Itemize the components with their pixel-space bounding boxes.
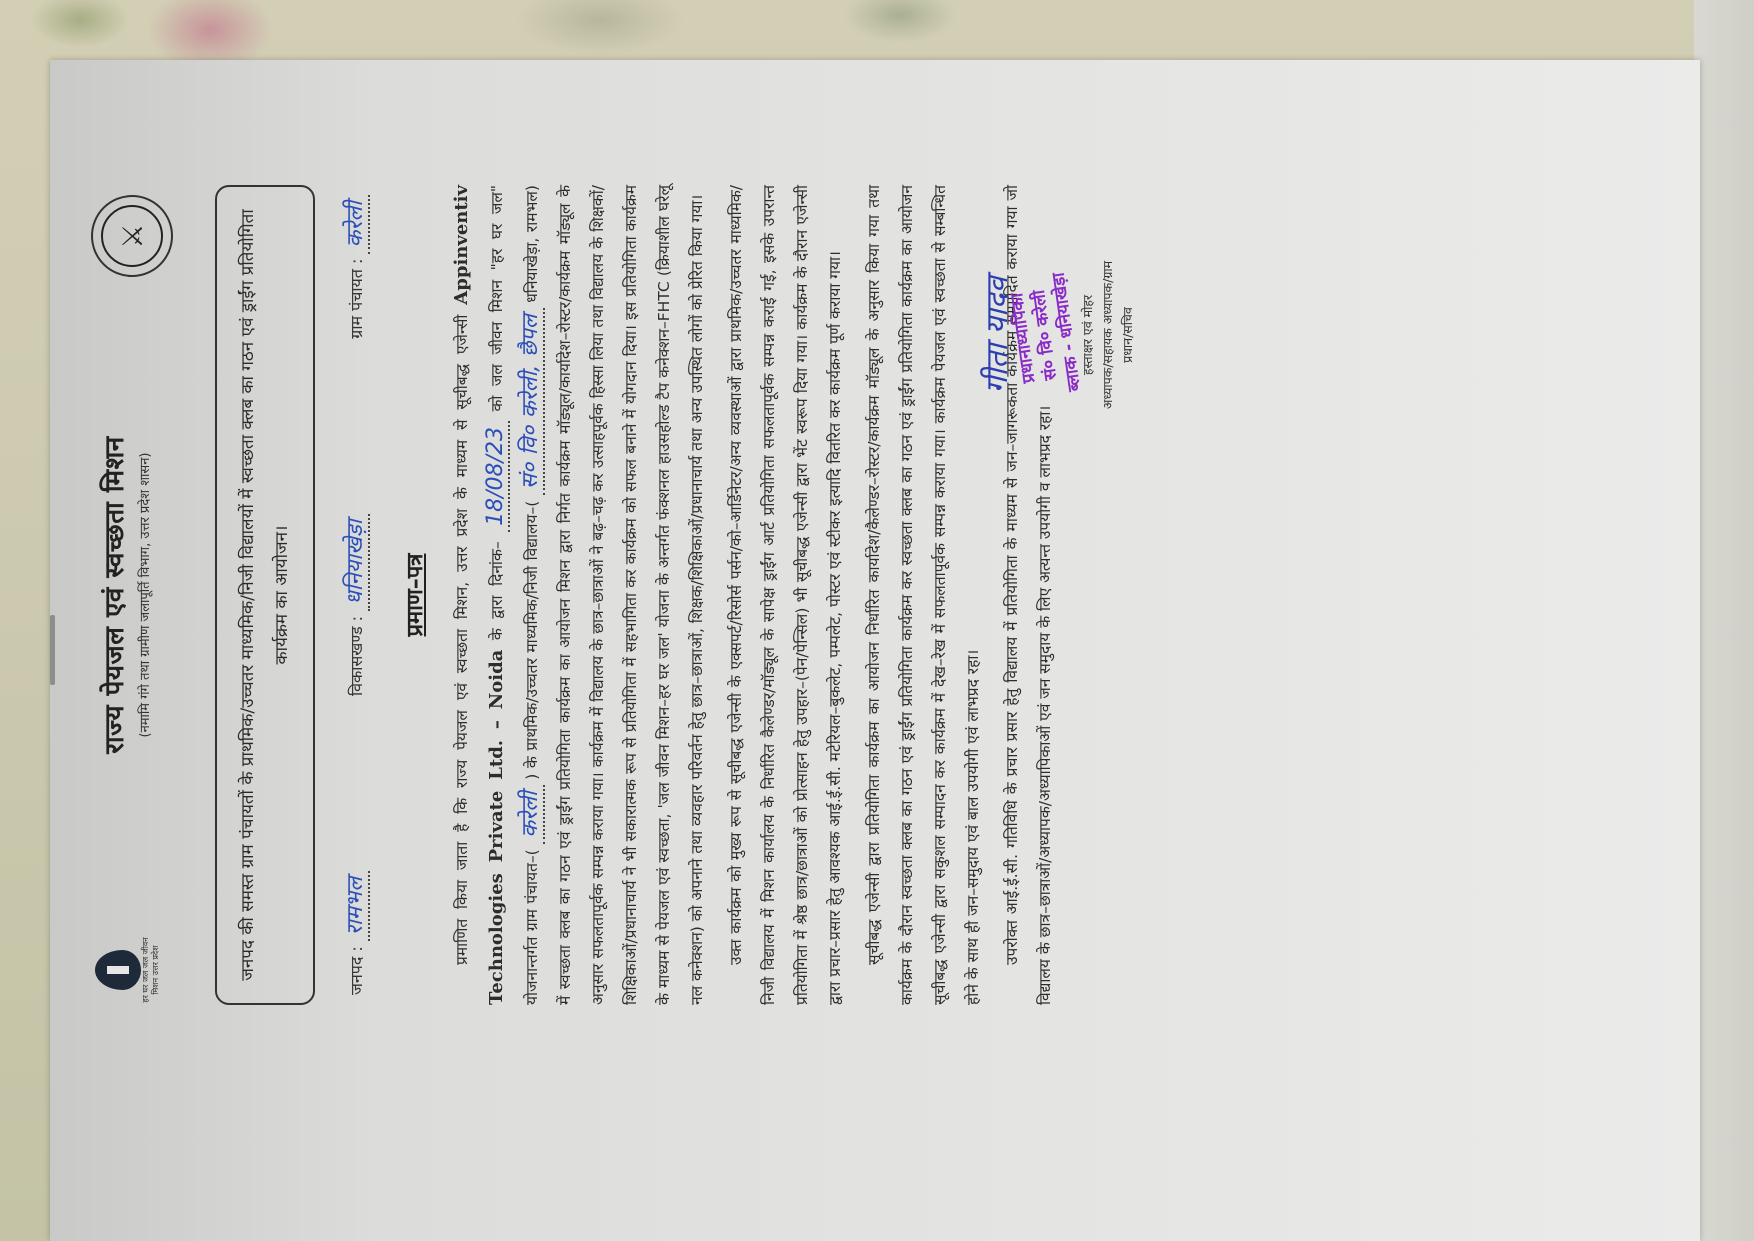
seal-emblem-icon: ⚔	[101, 205, 163, 267]
gram-panchayat-value: करेली	[518, 785, 545, 844]
school-value: सं० वि० करेली, छैपल	[518, 308, 545, 495]
block-label: विकासखण्ड :	[347, 616, 366, 696]
organization-subtitle: (नमामि गंगे तथा ग्रामीण जलापूर्ति विभाग,…	[135, 285, 153, 905]
paragraph-1: प्रमाणित किया जाता है कि राज्य पेयजल एवं…	[445, 185, 714, 1005]
logo-caption: हर घर जल जल जीवन मिशन उत्तर प्रदेश	[141, 935, 161, 1005]
certificate-document: हर घर जल जल जीवन मिशन उत्तर प्रदेश राज्य…	[95, 145, 1095, 1045]
subject-box: जनपद की समस्त ग्राम पंचायतों के प्राथमिक…	[215, 185, 315, 1005]
document-header: हर घर जल जल जीवन मिशन उत्तर प्रदेश राज्य…	[95, 145, 205, 1045]
panchayat-field: ग्राम पंचायत : करेली	[339, 195, 369, 339]
district-label: जनपद :	[347, 946, 366, 995]
p1-text-e: धनियाखेड़ा, रामभल) में स्वच्छता क्लब का …	[523, 185, 706, 1005]
water-drop-tap-icon	[95, 950, 141, 990]
up-government-seal: ⚔	[91, 195, 173, 277]
paragraph-2: उक्त कार्यक्रम को मुख्य रूप से सूचीबद्ध …	[720, 185, 852, 1005]
p1-text-a: प्रमाणित किया जाता है कि राज्य पेयजल एवं…	[453, 315, 471, 965]
title-block: राज्य पेयजल एवं स्वच्छता मिशन (नमामि गंग…	[95, 285, 153, 905]
certificate-body: प्रमाणित किया जाता है कि राज्य पेयजल एवं…	[445, 185, 1062, 1005]
block-field: विकासखण्ड : धनियाखेड़ा	[339, 514, 369, 696]
certificate-title: प्रमाण–पत्र	[399, 145, 429, 1045]
paragraph-3: सूचीबद्ध एजेन्सी द्वारा प्रतियोगिता कार्…	[858, 185, 990, 1005]
caption-line-2: अध्यापक/सहायक अध्यापक/ग्राम	[1098, 205, 1118, 465]
district-value: रामभल	[343, 871, 370, 941]
location-fields: जनपद : रामभल विकासखण्ड : धनियाखेड़ा ग्रा…	[339, 195, 369, 995]
block-value: धनियाखेड़ा	[343, 514, 370, 611]
panchayat-value: करेली	[343, 195, 370, 254]
panchayat-label: ग्राम पंचायत :	[347, 259, 366, 339]
signature-block: गीता यादव प्रधानाध्यापिका सं० वि० करेली …	[975, 205, 1138, 465]
district-field: जनपद : रामभल	[339, 871, 369, 995]
jal-jeevan-mission-logo: हर घर जल जल जीवन मिशन उत्तर प्रदेश	[95, 935, 161, 1005]
caption-line-3: प्रधान/सचिव	[1118, 205, 1138, 465]
program-date: 18/08/23	[483, 421, 510, 532]
organization-title: राज्य पेयजल एवं स्वच्छता मिशन	[95, 285, 131, 905]
p1-text-d: ) के प्राथमिक/उच्चतर माध्यमिक/निजी विद्य…	[523, 501, 541, 780]
background-edge	[1694, 0, 1754, 1241]
p1-text-b: के द्वारा दिनांक–	[488, 541, 506, 640]
staple-mark	[50, 615, 55, 685]
